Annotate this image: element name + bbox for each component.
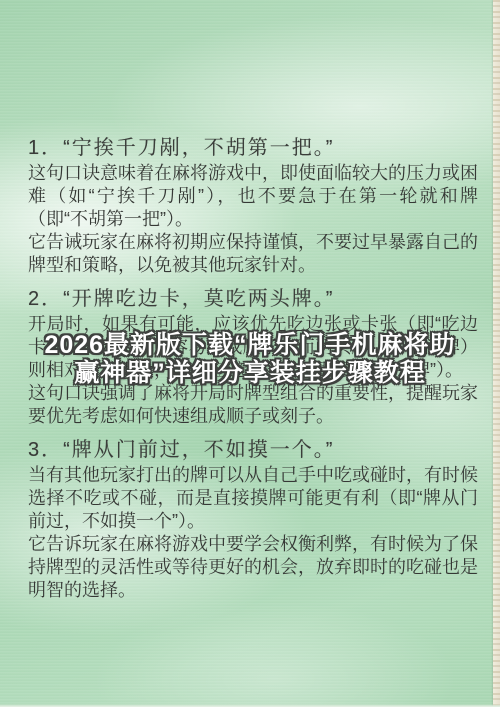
section-2-paragraph-2: 这句口诀强调了麻将开局时牌型组合的重要性，提醒玩家要优先考虑如何快速组成顺子或刻… [28, 382, 478, 428]
section-1-paragraph-1: 这句口诀意味着在麻将游戏中，即使面临较大的压力或困难（如“宁挨千刀剐”），也不要… [28, 162, 478, 231]
section-3-heading: 3．“牌从门前过，不如摸一个。” [28, 438, 478, 462]
section-proverb-2: 2．“开牌吃边卡，莫吃两头牌。” 开局时，如果有可能，应该优先吃边张或卡张（即“… [28, 287, 478, 428]
section-3-paragraph-2: 它告诉玩家在麻将游戏中要学会权衡利弊，有时候为了保持牌型的灵活性或等待更好的机会… [28, 533, 478, 602]
section-1-paragraph-2: 它告诫玩家在麻将初期应保持谨慎，不要过早暴露自己的牌型和策略，以免被其他玩家针对… [28, 231, 478, 277]
section-1-heading: 1．“宁挨千刀剐，不胡第一把。” [28, 136, 478, 160]
section-2-heading: 2．“开牌吃边卡，莫吃两头牌。” [28, 287, 478, 311]
section-3-paragraph-1: 当有其他玩家打出的牌可以从自己手中吃或碰时，有时候选择不吃或不碰，而是直接摸牌可… [28, 464, 478, 533]
article-page: 1．“宁挨千刀剐，不胡第一把。” 这句口诀意味着在麻将游戏中，即使面临较大的压力… [0, 0, 500, 707]
section-proverb-1: 1．“宁挨千刀剐，不胡第一把。” 这句口诀意味着在麻将游戏中，即使面临较大的压力… [28, 136, 478, 277]
paper-edge-right [493, 0, 500, 707]
section-2-paragraph-1: 开局时，如果有可能，应该优先吃边张或卡张（即“吃边卡”），因为这样更容易组成顺子… [28, 313, 478, 382]
article-content: 1．“宁挨千刀剐，不胡第一把。” 这句口诀意味着在麻将游戏中，即使面临较大的压力… [28, 136, 478, 612]
section-proverb-3: 3．“牌从门前过，不如摸一个。” 当有其他玩家打出的牌可以从自己手中吃或碰时，有… [28, 438, 478, 602]
